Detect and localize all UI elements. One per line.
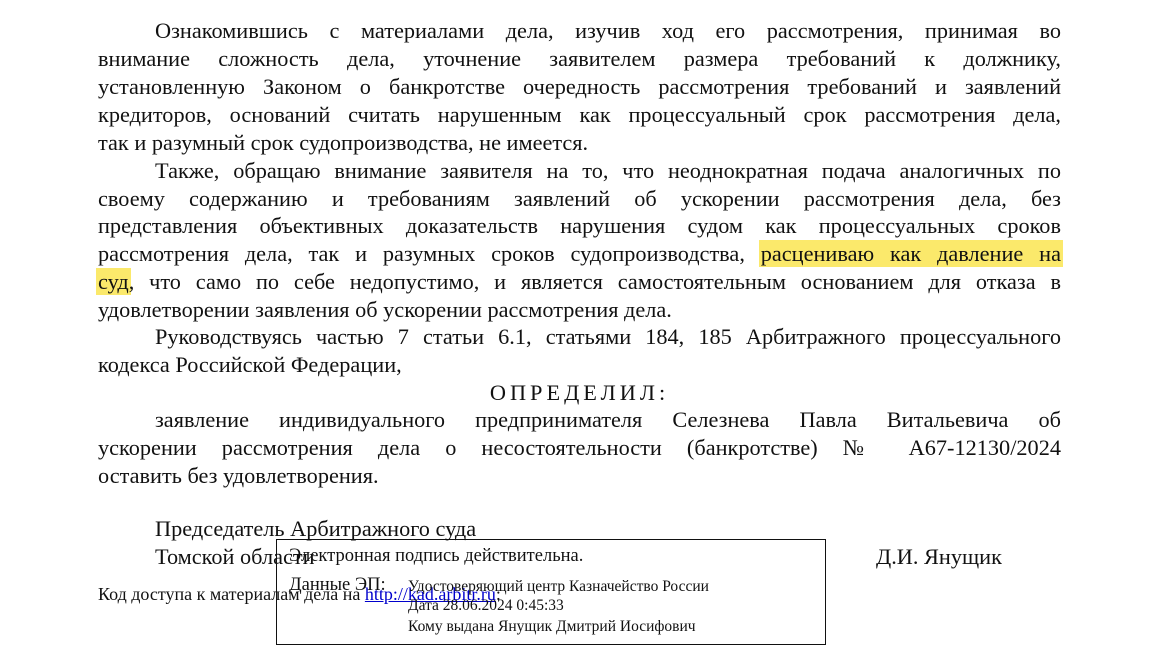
signature-position-line-1: Председатель Арбитражного суда xyxy=(155,515,476,542)
paragraph-3-line-2: кодекса Российской Федерации, xyxy=(98,351,1061,378)
highlighted-text: расцениваю как давление на xyxy=(759,240,1063,267)
paragraph-1-line-5: так и разумный срок судопроизводства, не… xyxy=(98,129,1061,156)
ruling-line-2: ускорении рассмотрения дела о несостояте… xyxy=(98,434,1061,461)
e-signature-date: Дата 28.06.2024 0:45:33 xyxy=(408,597,564,615)
paragraph-2-line-5-text: , что само по себе недопустимо, и являет… xyxy=(129,269,1061,294)
ruling-line-1: заявление индивидуального предпринимател… xyxy=(155,406,1061,433)
paragraph-3-line-1: Руководствуясь частью 7 статьи 6.1, стат… xyxy=(155,323,1061,350)
e-signature-title: Электронная подпись действительна. xyxy=(289,545,583,567)
paragraph-2-line-3: представления объективных доказательств … xyxy=(98,212,1061,239)
paragraph-2-line-4-text: рассмотрения дела, так и разумных сроков… xyxy=(98,241,745,266)
paragraph-2-line-1: Также, обращаю внимание заявителя на то,… xyxy=(155,157,1061,184)
ruling-line-3: оставить без удовлетворения. xyxy=(98,462,1061,489)
signature-name: Д.И. Янущик xyxy=(876,543,1002,570)
highlighted-text-continued: суд xyxy=(96,268,131,295)
paragraph-2-line-6: удовлетворении заявления об ускорении ра… xyxy=(98,296,1061,323)
e-signature-issuer: Удостоверяющий центр Казначейство России xyxy=(408,578,709,596)
paragraph-2-line-2: своему содержанию и требованиям заявлени… xyxy=(98,185,1061,212)
e-signature-label: Данные ЭП: xyxy=(289,574,386,596)
paragraph-2-line-4: рассмотрения дела, так и разумных сроков… xyxy=(98,240,1061,267)
document-page: Ознакомившись с материалами дела, изучив… xyxy=(0,0,1151,659)
ruling-heading: ОПРЕДЕЛИЛ: xyxy=(98,379,1061,406)
paragraph-2-line-5: суд, что само по себе недопустимо, и явл… xyxy=(98,268,1061,295)
paragraph-1-line-3: установленную Законом о банкротстве очер… xyxy=(98,73,1061,100)
paragraph-1-line-4: кредиторов, оснований считать нарушенным… xyxy=(98,101,1061,128)
paragraph-1-line-2: внимание сложность дела, уточнение заяви… xyxy=(98,45,1061,72)
e-signature-issued-to: Кому выдана Янущик Дмитрий Иосифович xyxy=(408,618,696,636)
paragraph-1-line-1: Ознакомившись с материалами дела, изучив… xyxy=(155,17,1061,44)
e-signature-stamp: Электронная подпись действительна. Данны… xyxy=(276,539,826,645)
